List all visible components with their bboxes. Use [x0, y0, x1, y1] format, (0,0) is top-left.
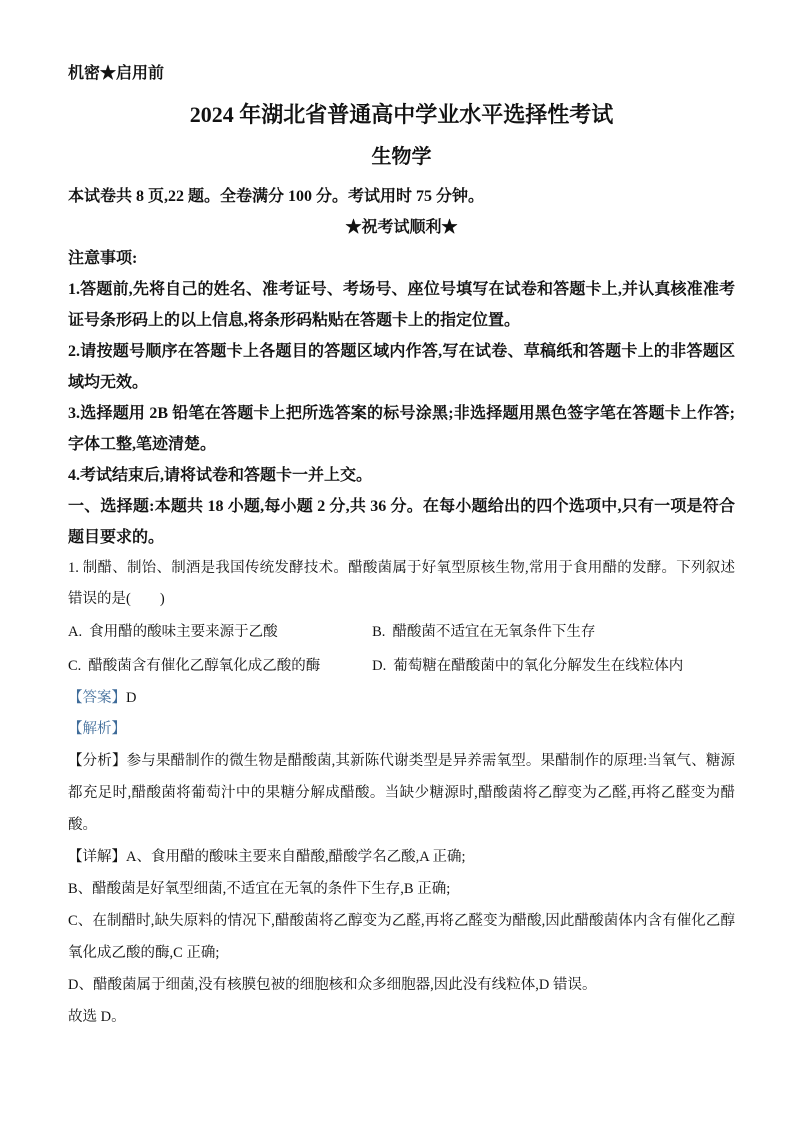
detail-paragraph-b: B、醋酸菌是好氧型细菌,不适宜在无氧的条件下生存,B 正确;: [68, 873, 735, 905]
option-b: B.醋酸菌不适宜在无氧条件下生存: [372, 615, 735, 649]
notice-item-3: 3.选择题用 2B 铅笔在答题卡上把所选答案的标号涂黑;非选择题用黑色签字笔在答…: [68, 398, 735, 460]
option-a-label: A.: [68, 624, 82, 640]
option-c: C.醋酸菌含有催化乙醇氧化成乙酸的酶: [68, 649, 372, 683]
notice-title: 注意事项:: [68, 243, 735, 274]
option-d: D.葡萄糖在醋酸菌中的氧化分解发生在线粒体内: [372, 649, 735, 683]
analysis-label: 【解析】: [68, 721, 126, 737]
option-a: A.食用醋的酸味主要来源于乙酸: [68, 615, 372, 649]
analysis-paragraph: 【分析】参与果醋制作的微生物是醋酸菌,其新陈代谢类型是异养需氧型。果醋制作的原理…: [68, 745, 735, 841]
exam-paper-page: 机密★启用前 2024 年湖北省普通高中学业水平选择性考试 生物学 本试卷共 8…: [0, 0, 793, 1122]
option-a-text: 食用醋的酸味主要来源于乙酸: [89, 624, 278, 640]
confidential-marker: 机密★启用前: [68, 58, 735, 89]
detail-paragraph-a: 【详解】A、食用醋的酸味主要来自醋酸,醋酸学名乙酸,A 正确;: [68, 841, 735, 873]
answer-line: 【答案】D: [68, 683, 735, 714]
option-c-text: 醋酸菌含有催化乙醇氧化成乙酸的酶: [88, 658, 320, 674]
option-c-label: C.: [68, 658, 81, 674]
wish-line: ★祝考试顺利★: [68, 212, 735, 243]
option-d-label: D.: [372, 658, 386, 674]
page-title: 2024 年湖北省普通高中学业水平选择性考试: [68, 95, 735, 135]
option-b-text: 醋酸菌不适宜在无氧条件下生存: [392, 624, 595, 640]
section-title: 一、选择题:本题共 18 小题,每小题 2 分,共 36 分。在每小题给出的四个…: [68, 491, 735, 553]
conclusion-line: 故选 D。: [68, 1001, 735, 1033]
notice-item-4: 4.考试结束后,请将试卷和答题卡一并上交。: [68, 460, 735, 491]
question-1-options: A.食用醋的酸味主要来源于乙酸 B.醋酸菌不适宜在无氧条件下生存 C.醋酸菌含有…: [68, 615, 735, 683]
detail-paragraph-d: D、醋酸菌属于细菌,没有核膜包被的细胞核和众多细胞器,因此没有线粒体,D 错误。: [68, 969, 735, 1001]
option-b-label: B.: [372, 624, 385, 640]
detail-paragraph-c: C、在制醋时,缺失原料的情况下,醋酸菌将乙醇变为乙醛,再将乙醛变为醋酸,因此醋酸…: [68, 905, 735, 969]
subject-title: 生物学: [68, 137, 735, 177]
notice-item-2: 2.请按题号顺序在答题卡上各题目的答题区域内作答,写在试卷、草稿纸和答题卡上的非…: [68, 336, 735, 398]
option-d-text: 葡萄糖在醋酸菌中的氧化分解发生在线粒体内: [393, 658, 683, 674]
answer-value: D: [126, 690, 136, 706]
notice-item-1: 1.答题前,先将自己的姓名、准考证号、考场号、座位号填写在试卷和答题卡上,并认真…: [68, 274, 735, 336]
question-1-stem: 1. 制醋、制饴、制酒是我国传统发酵技术。醋酸菌属于好氧型原核生物,常用于食用醋…: [68, 553, 735, 615]
answer-label: 【答案】: [68, 690, 126, 706]
exam-info-line: 本试卷共 8 页,22 题。全卷满分 100 分。考试用时 75 分钟。: [68, 181, 735, 212]
analysis-header: 【解析】: [68, 714, 735, 745]
